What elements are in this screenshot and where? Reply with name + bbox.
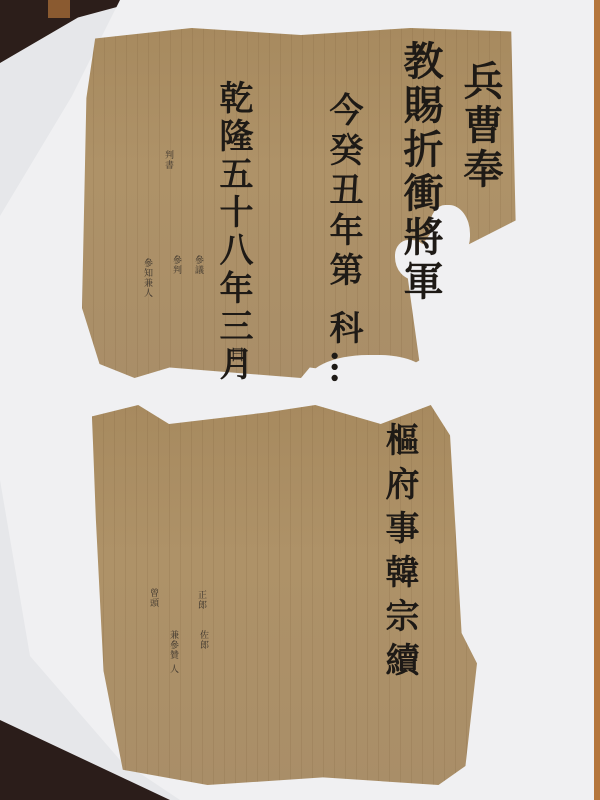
annotation-official: 參知兼人 (142, 258, 151, 298)
text-column-2: 教賜折衝將軍 (400, 40, 440, 304)
annotation-official: 參議 (193, 255, 202, 275)
text-column-1: 兵曹奉 (460, 60, 500, 192)
text-column-3: 今癸丑年第 科… (326, 92, 360, 390)
annotation-official: 兼參贊 人 (168, 630, 177, 674)
background-right-edge (594, 0, 600, 800)
annotation-official: 參判 (171, 255, 180, 275)
annotation-official: 佐郎 (198, 630, 207, 650)
annotation-official: 正郎 (196, 590, 205, 610)
date-day: 日 (228, 346, 244, 362)
annotation-official: 曾頭 (148, 588, 157, 608)
text-column-5: 樞府事韓宗續 (382, 422, 416, 686)
date-column: 乾隆五十八年三月 (216, 80, 250, 384)
paper-tear (458, 280, 476, 305)
annotation-official: 判書 (163, 150, 172, 170)
background-wood (48, 0, 70, 18)
